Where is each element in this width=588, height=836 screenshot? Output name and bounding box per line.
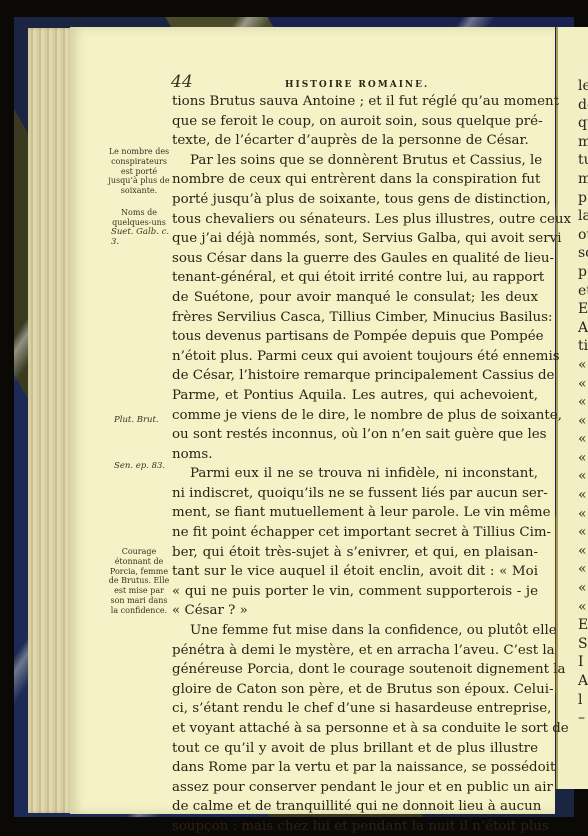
text-line: assez pour conserver pendant le jour et … (172, 778, 538, 798)
text-line: ber, qui étoit très-sujet à s’enivrer, e… (172, 543, 538, 563)
sidenote-ref-plutarch: Plut. Brut. (114, 416, 178, 426)
text-line: tant sur le vice auquel il étoit enclin,… (172, 562, 538, 582)
sidenote-porcia: Courage étonnant de Porcia, femme de Bru… (107, 547, 171, 616)
text-line: généreuse Porcia, dont le courage souten… (172, 660, 538, 680)
text-line: n’étoit plus. Parmi ceux qui avoient tou… (172, 347, 538, 367)
text-line: tous devenus partisans de Pompée depuis … (172, 327, 538, 347)
text-line: sous César dans la guerre des Gaules en … (172, 249, 538, 269)
text-line: frères Servilius Casca, Tillius Cimber, … (172, 308, 538, 328)
text-line: « César ? » (172, 601, 538, 621)
text-line: ment, se fiant mutuellement à leur parol… (172, 503, 538, 523)
text-line: tenant-général, et qui étoit irrité cont… (172, 268, 538, 288)
text-line: tout ce qu’il y avoit de plus brillant e… (172, 739, 538, 759)
text-line: porté jusqu’à plus de soixante, tous gen… (172, 190, 538, 210)
text-line: ne fit point échapper cet important secr… (172, 523, 538, 543)
text-line: texte, de l’écarter d’auprès de la perso… (172, 131, 538, 151)
text-line: soupçon : mais chez lui et pendant la nu… (172, 817, 538, 836)
text-line: « qui ne puis porter le vin, comment sup… (172, 582, 538, 602)
text-line: ou sont restés inconnus, où l’on n’en sa… (172, 425, 538, 445)
text-line: de Suétone, pour avoir manqué le consula… (172, 288, 538, 308)
page-number: 44 (171, 72, 211, 92)
text-line: Parme, et Pontius Aquila. Les autres, qu… (172, 386, 538, 406)
sidenote-names: Noms de quelques-uns (107, 208, 171, 228)
running-head: 44 HISTOIRE ROMAINE. (171, 72, 541, 92)
text-line: pénétra à demi le mystère, et en arracha… (172, 641, 538, 661)
text-line: comme je viens de le dire, le nombre de … (172, 406, 538, 426)
body-text: tions Brutus sauva Antoine ; et il fut r… (172, 92, 538, 836)
text-line: dans Rome par la vertu et par la naissan… (172, 758, 538, 778)
text-line: de calme et de tranquillité qui ne donno… (172, 797, 538, 817)
text-line: Par les soins que se donnèrent Brutus et… (172, 151, 538, 171)
text-line: nombre de ceux qui entrèrent dans la con… (172, 170, 538, 190)
sidenote-conspirators: Le nombre des conspirateurs est porté ju… (107, 147, 171, 196)
text-line: tous chevaliers ou sénateurs. Les plus i… (172, 210, 538, 230)
text-line: tions Brutus sauva Antoine ; et il fut r… (172, 92, 538, 112)
text-line: et voyant attaché à sa personne et à sa … (172, 719, 538, 739)
sidenote-ref-seneca: Sen. ep. 83. (114, 462, 184, 472)
text-line: que se feroit le coup, on auroit soin, s… (172, 112, 538, 132)
text-line: de César, l’histoire remarque principale… (172, 366, 538, 386)
text-line: noms. (172, 445, 538, 465)
text-line: gloire de Caton son père, et de Brutus s… (172, 680, 538, 700)
text-line: Une femme fut mise dans la confidence, o… (172, 621, 538, 641)
text-line: que j’ai déjà nommés, sont, Servius Galb… (172, 229, 538, 249)
text-line: ci, s’étant rendu le chef d’une si hasar… (172, 699, 538, 719)
text-line: ni indiscret, quoiqu’ils ne se fussent l… (172, 484, 538, 504)
right-page-text-fragment: le de qu m tu m p la ou so p et E A ti «… (578, 77, 588, 728)
running-head-title: HISTOIRE ROMAINE. (285, 80, 429, 90)
text-line: Parmi eux il ne se trouva ni infidèle, n… (172, 464, 538, 484)
sidenote-ref-suetonius: Suet. Galb. c. 3. (111, 228, 175, 248)
